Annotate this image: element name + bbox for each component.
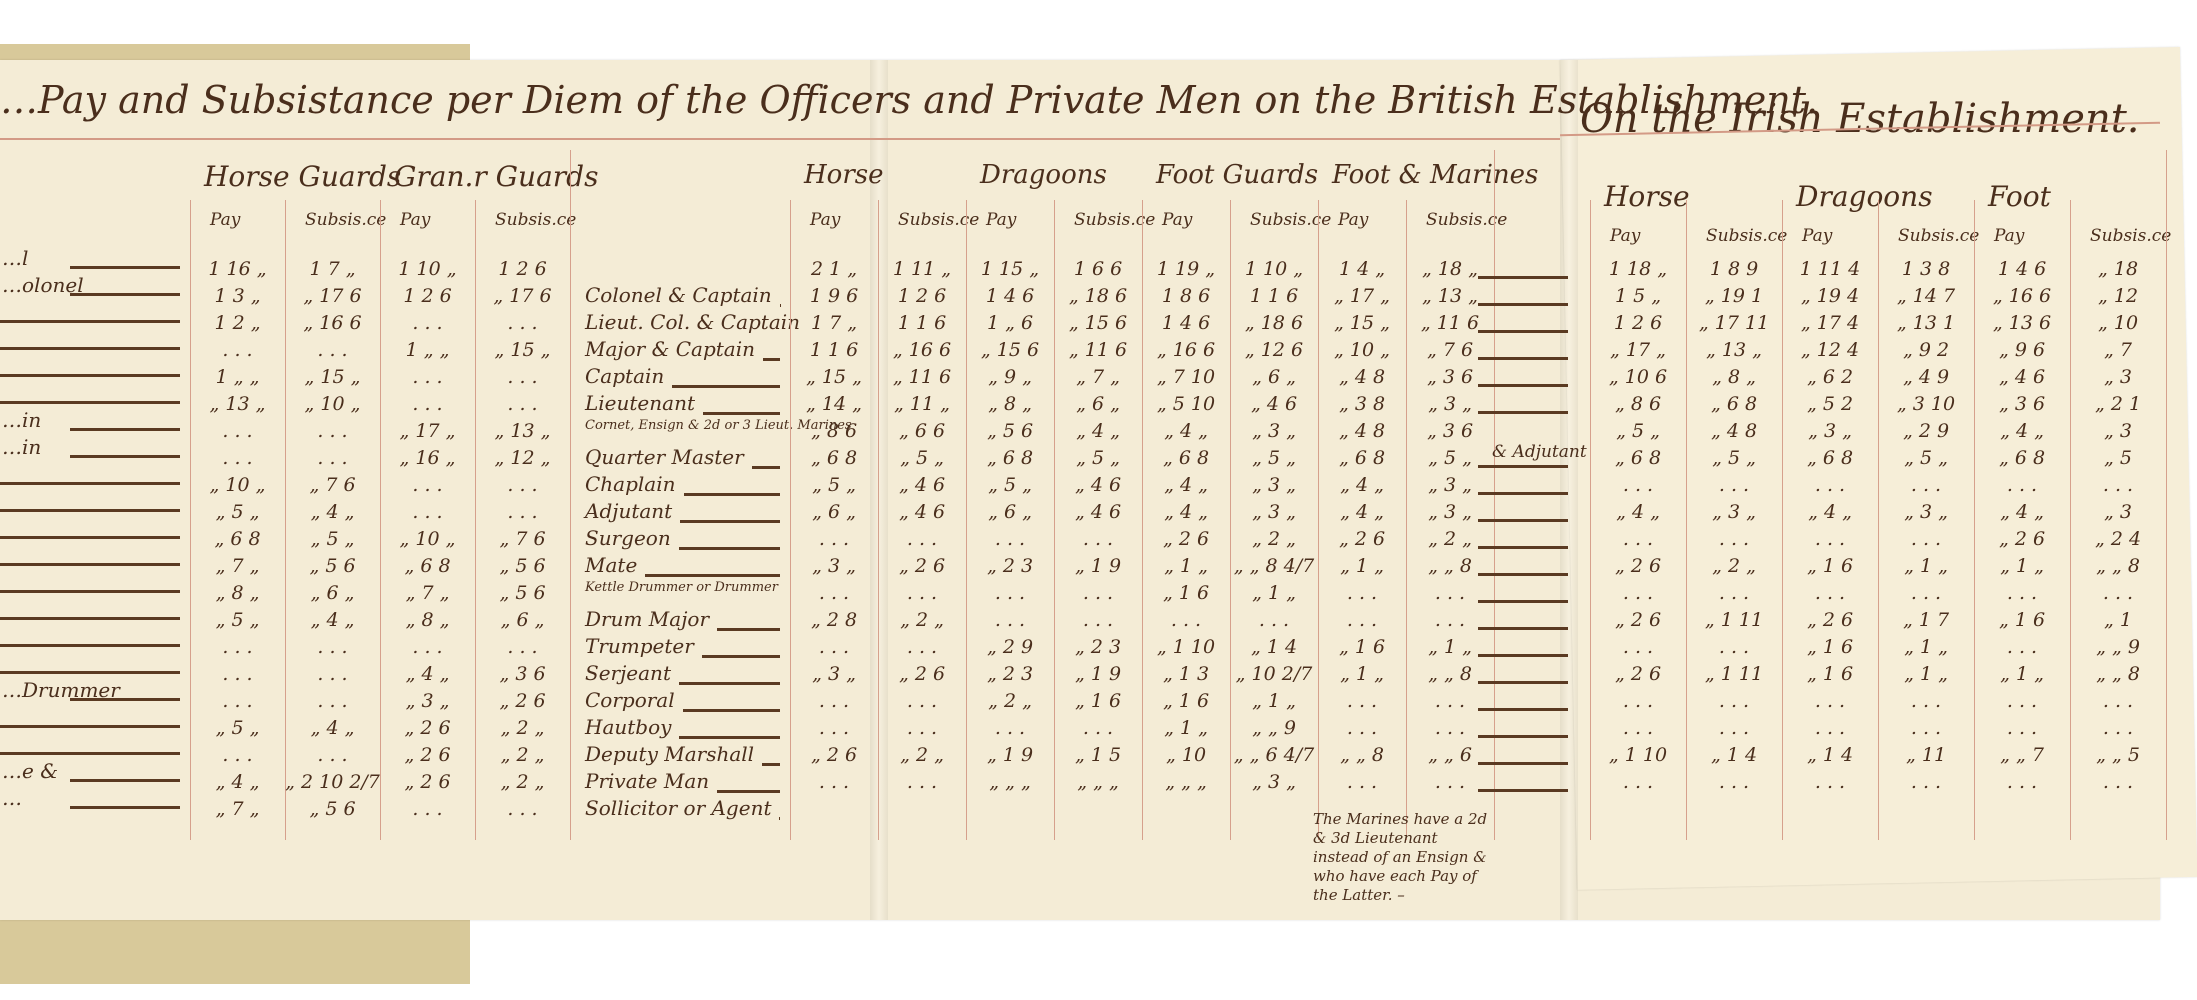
rank-label: Hautboy xyxy=(585,715,780,739)
rank-leader-line xyxy=(1478,735,1568,738)
rank-leader-line xyxy=(672,385,780,388)
ledger-cell: „ 3 „ xyxy=(380,690,475,712)
ledger-cell: „ 2 9 xyxy=(966,636,1054,658)
ledger-cell: „ 5 6 xyxy=(475,582,570,604)
rank-label: Lieut. Col. & Captain xyxy=(585,310,780,334)
rank-label: Corporal xyxy=(585,688,780,712)
ledger-cell: . . . xyxy=(1878,474,1974,496)
group-header: Foot Guards xyxy=(1156,160,1318,190)
ledger-cell: 1 7 „ xyxy=(285,258,380,280)
ledger-cell: „ 6 8 xyxy=(380,555,475,577)
rank-label-partial: …e & xyxy=(2,759,58,783)
ledger-cell: „ 5 6 xyxy=(475,555,570,577)
ledger-cell: „ 5 „ xyxy=(1878,447,1974,469)
ledger-cell: „ 1 6 xyxy=(1974,609,2070,631)
rank-leader-line xyxy=(680,520,780,523)
ledger-cell: „ 5 „ xyxy=(1686,447,1782,469)
ledger-cell: „ 10 xyxy=(2070,312,2166,334)
ledger-cell: „ 1 9 xyxy=(966,744,1054,766)
rank-leader-line xyxy=(0,725,180,728)
ledger-cell: „ 2 9 xyxy=(1878,420,1974,442)
ledger-cell: „ 2 6 xyxy=(1142,528,1230,550)
ledger-cell: „ 5 „ xyxy=(190,609,285,631)
rank-leader-line xyxy=(1478,357,1568,360)
rank-label: Deputy Marshall xyxy=(585,742,780,766)
column-subheader: Pay xyxy=(1338,210,1368,230)
ledger-cell: „ 7 6 xyxy=(285,474,380,496)
ledger-cell: „ 15 „ xyxy=(475,339,570,361)
rank-label: Colonel & Captain xyxy=(585,283,780,307)
ledger-cell: „ 7 10 xyxy=(1142,366,1230,388)
rank-text: Major & Captain xyxy=(585,337,755,361)
ledger-cell: 1 9 6 xyxy=(790,285,878,307)
rank-leader-line xyxy=(679,547,780,550)
ledger-cell: „ 1 9 xyxy=(1054,555,1142,577)
ledger-cell: . . . xyxy=(380,798,475,820)
ledger-cell: . . . xyxy=(190,636,285,658)
ledger-cell: „ 2 6 xyxy=(878,555,966,577)
rank-leader-line xyxy=(1478,654,1568,657)
ledger-cell: 1 1 6 xyxy=(790,339,878,361)
rank-leader-line xyxy=(0,401,180,404)
ledger-cell: „ 1 4 xyxy=(1230,636,1318,658)
ledger-cell: „ 1 9 xyxy=(1054,663,1142,685)
ledger-cell: „ 1 5 xyxy=(1054,744,1142,766)
ledger-cell: . . . xyxy=(1686,771,1782,793)
ledger-cell: „ 4 „ xyxy=(380,663,475,685)
ledger-cell: 1 3 8 xyxy=(1878,258,1974,280)
ledger-cell: . . . xyxy=(475,474,570,496)
rank-text: Captain xyxy=(585,364,664,388)
ledger-cell: „ 1 6 xyxy=(1054,690,1142,712)
ledger-cell: „ 17 „ xyxy=(1590,339,1686,361)
ledger-cell: „ 2 6 xyxy=(1590,663,1686,685)
ledger-cell: „ „ 9 xyxy=(2070,636,2166,658)
ledger-cell: „ 11 6 xyxy=(878,366,966,388)
ledger-cell: „ 5 „ xyxy=(1590,420,1686,442)
ledger-cell: „ 14 7 xyxy=(1878,285,1974,307)
column-subheader: Pay xyxy=(1802,226,1832,246)
ledger-cell: „ 2 6 xyxy=(878,663,966,685)
rank-text: Hautboy xyxy=(585,715,671,739)
ledger-cell: „ 1 „ xyxy=(1318,663,1406,685)
rank-leader-line xyxy=(0,563,180,566)
ledger-cell: „ 1 „ xyxy=(1878,555,1974,577)
ledger-cell: 1 „ 6 xyxy=(966,312,1054,334)
ledger-cell: „ 3 „ xyxy=(1230,420,1318,442)
ledger-cell: „ 6 8 xyxy=(1318,447,1406,469)
ledger-cell: 1 2 6 xyxy=(878,285,966,307)
ledger-cell: „ 2 6 xyxy=(380,717,475,739)
ledger-cell: „ 17 6 xyxy=(475,285,570,307)
ledger-cell: „ 11 xyxy=(1878,744,1974,766)
ledger-cell: 1 1 6 xyxy=(878,312,966,334)
ledger-cell: „ 1 „ xyxy=(1230,582,1318,604)
rank-label: Chaplain xyxy=(585,472,780,496)
ledger-cell: „ 3 xyxy=(2070,366,2166,388)
ledger-cell: . . . xyxy=(790,690,878,712)
ledger-cell: . . . xyxy=(285,663,380,685)
ledger-cell: „ 1 „ xyxy=(1974,663,2070,685)
ledger-cell: . . . xyxy=(1974,717,2070,739)
ledger-cell: „ 11 „ xyxy=(878,393,966,415)
rank-leader-line xyxy=(1478,276,1568,279)
ledger-cell: „ „ 9 xyxy=(1230,717,1318,739)
ledger-cell: . . . xyxy=(475,636,570,658)
ledger-cell: 1 10 „ xyxy=(1230,258,1318,280)
ledger-cell: . . . xyxy=(2070,771,2166,793)
ledger-cell: „ 17 „ xyxy=(1318,285,1406,307)
ledger-cell: „ 3 „ xyxy=(1686,501,1782,523)
rank-label: Drum Major xyxy=(585,607,780,631)
rank-label: Captain xyxy=(585,364,780,388)
ledger-cell: . . . xyxy=(1142,609,1230,631)
ledger-cell: 1 18 „ xyxy=(1590,258,1686,280)
ledger-cell: „ 9 6 xyxy=(1974,339,2070,361)
ledger-cell: . . . xyxy=(878,528,966,550)
ledger-cell: „ 5 „ xyxy=(190,717,285,739)
rank-text: Lieutenant xyxy=(585,391,695,415)
ledger-cell: „ 4 6 xyxy=(1054,474,1142,496)
ledger-cell: „ 1 10 xyxy=(1142,636,1230,658)
ledger-cell: „ 5 6 xyxy=(966,420,1054,442)
ledger-cell: „ 4 „ xyxy=(1142,501,1230,523)
rank-leader-line xyxy=(679,682,780,685)
rank-label: Lieutenant xyxy=(585,391,780,415)
ledger-cell: „ 2 6 xyxy=(1974,528,2070,550)
ledger-cell: 1 8 9 xyxy=(1686,258,1782,280)
ledger-cell: „ 2 „ xyxy=(966,690,1054,712)
group-header: Horse xyxy=(804,160,884,190)
rank-leader-line xyxy=(1478,627,1568,630)
ledger-cell: „ 2 „ xyxy=(475,771,570,793)
ledger-cell: „ 15 6 xyxy=(1054,312,1142,334)
ledger-cell: . . . xyxy=(285,420,380,442)
ledger-cell: . . . xyxy=(1686,528,1782,550)
ledger-cell: „ 2 1 xyxy=(2070,393,2166,415)
ledger-cell: „ 4 6 xyxy=(1054,501,1142,523)
ledger-cell: „ 1 11 xyxy=(1686,663,1782,685)
ledger-cell: „ 6 8 xyxy=(790,447,878,469)
group-header: Dragoons xyxy=(1796,180,1933,213)
group-header: Horse Guards xyxy=(204,160,401,193)
ledger-cell: „ 4 8 xyxy=(1318,366,1406,388)
ledger-cell: „ 5 „ xyxy=(878,447,966,469)
ledger-cell: „ 1 „ xyxy=(1974,555,2070,577)
ledger-cell: . . . xyxy=(1054,609,1142,631)
ledger-cell: . . . xyxy=(380,474,475,496)
ledger-cell: „ 7 „ xyxy=(190,798,285,820)
document-title: …Pay and Subsistance per Diem of the Off… xyxy=(0,78,1818,122)
rank-leader-line xyxy=(1478,708,1568,711)
ledger-cell: „ 4 „ xyxy=(190,771,285,793)
rank-leader-line xyxy=(0,752,180,755)
ledger-cell: „ 6 8 xyxy=(1686,393,1782,415)
column-subheader: Pay xyxy=(810,210,840,230)
rank-leader-line xyxy=(683,709,780,712)
column-subheader: Subsis.ce xyxy=(305,210,386,230)
ledger-cell: „ 4 6 xyxy=(1974,366,2070,388)
ledger-cell: . . . xyxy=(878,771,966,793)
ledger-cell: . . . xyxy=(475,366,570,388)
ledger-cell: „ 1 „ xyxy=(1142,717,1230,739)
ledger-cell: „ 2 „ xyxy=(878,744,966,766)
ledger-cell: . . . xyxy=(285,339,380,361)
ledger-cell: „ 7 xyxy=(2070,339,2166,361)
ledger-cell: „ 16 6 xyxy=(1974,285,2070,307)
rank-label: Surgeon xyxy=(585,526,780,550)
rank-text: Surgeon xyxy=(585,526,671,550)
rank-label: Major & Captain xyxy=(585,337,780,361)
ledger-cell: . . . xyxy=(790,771,878,793)
rank-label: Trumpeter xyxy=(585,634,780,658)
ledger-cell: „ 2 6 xyxy=(475,690,570,712)
ledger-cell: „ 15 6 xyxy=(966,339,1054,361)
ledger-cell: . . . xyxy=(1590,717,1686,739)
rank-leader-line xyxy=(0,644,180,647)
ledger-cell: „ 2 6 xyxy=(1590,609,1686,631)
rank-label: Serjeant xyxy=(585,661,780,685)
rank-text: Quarter Master xyxy=(585,445,744,469)
ledger-cell: „ 3 xyxy=(2070,501,2166,523)
ledger-cell: „ „ 8 xyxy=(2070,663,2166,685)
ledger-cell: „ 11 6 xyxy=(1054,339,1142,361)
ledger-cell: „ 18 xyxy=(2070,258,2166,280)
ledger-cell: . . . xyxy=(878,717,966,739)
ledger-cell: „ 5 6 xyxy=(285,555,380,577)
ledger-cell: „ 4 6 xyxy=(1230,393,1318,415)
ledger-cell: „ 6 „ xyxy=(1230,366,1318,388)
ledger-cell: „ 2 6 xyxy=(1318,528,1406,550)
ledger-cell: „ 12 4 xyxy=(1782,339,1878,361)
ledger-cell: . . . xyxy=(1782,474,1878,496)
ledger-cell: . . . xyxy=(380,636,475,658)
ledger-cell: . . . xyxy=(285,744,380,766)
ledger-cell: . . . xyxy=(1782,582,1878,604)
column-subheader: Pay xyxy=(986,210,1016,230)
ledger-cell: „ 5 xyxy=(2070,447,2166,469)
ledger-cell: . . . xyxy=(878,690,966,712)
ledger-cell: „ 1 6 xyxy=(1142,690,1230,712)
ledger-cell: . . . xyxy=(475,798,570,820)
irish-title: On the Irish Establishment. xyxy=(1580,96,2140,142)
rank-leader-line xyxy=(1478,573,1568,576)
ledger-cell: „ 1 6 xyxy=(1782,555,1878,577)
ledger-cell: . . . xyxy=(878,582,966,604)
ledger-cell: 1 2 6 xyxy=(475,258,570,280)
ledger-cell: „ 6 „ xyxy=(1054,393,1142,415)
ledger-cell: 1 11 „ xyxy=(878,258,966,280)
ledger-cell: . . . xyxy=(1686,582,1782,604)
column-subheader: Subsis.ce xyxy=(1250,210,1331,230)
rank-leader-line xyxy=(703,412,780,415)
rank-leader-line xyxy=(0,320,180,323)
rank-label-partial: …in xyxy=(2,408,41,432)
ledger-cell: . . . xyxy=(1782,771,1878,793)
ledger-cell: „ 6 8 xyxy=(966,447,1054,469)
ledger-cell: „ 2 „ xyxy=(878,609,966,631)
rank-leader-line xyxy=(752,466,780,469)
ruling-line xyxy=(570,150,571,840)
rank-leader-line xyxy=(70,698,180,701)
ledger-cell: . . . xyxy=(1590,690,1686,712)
ledger-cell: . . . xyxy=(1878,582,1974,604)
ledger-cell: . . . xyxy=(790,528,878,550)
ledger-cell: „ 2 „ xyxy=(1686,555,1782,577)
ledger-cell: „ 4 „ xyxy=(1782,501,1878,523)
ledger-cell: 1 2 6 xyxy=(1590,312,1686,334)
ledger-cell: . . . xyxy=(790,582,878,604)
ledger-cell: . . . xyxy=(380,501,475,523)
rank-leader-line xyxy=(0,509,180,512)
ledger-cell: . . . xyxy=(190,744,285,766)
rank-label-partial: …in xyxy=(2,435,41,459)
ledger-cell: „ 3 „ xyxy=(1230,501,1318,523)
ledger-cell: . . . xyxy=(380,366,475,388)
ledger-cell: „ 3 „ xyxy=(1878,501,1974,523)
ledger-cell: „ 8 6 xyxy=(1590,393,1686,415)
ledger-cell: „ 4 8 xyxy=(1686,420,1782,442)
ledger-cell: „ 13 6 xyxy=(1974,312,2070,334)
rank-leader-line xyxy=(1478,789,1568,792)
ledger-cell: . . . xyxy=(380,393,475,415)
ledger-cell: „ 10 „ xyxy=(285,393,380,415)
rank-text: Colonel & Captain xyxy=(585,283,772,307)
rank-leader-line xyxy=(679,736,780,739)
ledger-cell: „ 3 „ xyxy=(790,663,878,685)
ledger-cell: „ 13 1 xyxy=(1878,312,1974,334)
rank-leader-line xyxy=(0,374,180,377)
ledger-cell: . . . xyxy=(1974,582,2070,604)
rank-leader-line xyxy=(779,817,780,820)
ledger-cell: „ 1 6 xyxy=(1782,663,1878,685)
ledger-cell: „ „ „ xyxy=(1054,771,1142,793)
ledger-cell: „ 1 3 xyxy=(1142,663,1230,685)
rank-label: Sollicitor or Agent xyxy=(585,796,780,820)
ledger-cell: „ 4 „ xyxy=(1590,501,1686,523)
ledger-cell: 1 2 „ xyxy=(190,312,285,334)
ledger-cell: „ 1 „ xyxy=(1318,555,1406,577)
ledger-cell: . . . xyxy=(1054,528,1142,550)
ledger-cell: „ 7 6 xyxy=(475,528,570,550)
column-subheader: Pay xyxy=(1162,210,1192,230)
ledger-cell: „ 2 3 xyxy=(1054,636,1142,658)
ledger-cell: . . . xyxy=(190,420,285,442)
ledger-cell: 1 „ „ xyxy=(190,366,285,388)
ledger-cell: 1 4 6 xyxy=(1974,258,2070,280)
ledger-cell: „ 7 „ xyxy=(380,582,475,604)
ledger-cell: „ 18 6 xyxy=(1054,285,1142,307)
ledger-cell: . . . xyxy=(475,501,570,523)
ledger-cell: . . . xyxy=(1878,771,1974,793)
column-subheader: Pay xyxy=(400,210,430,230)
ledger-cell: „ 13 „ xyxy=(475,420,570,442)
ledger-cell: . . . xyxy=(1318,771,1406,793)
ledger-cell: „ 3 8 xyxy=(1318,393,1406,415)
rank-text: Deputy Marshall xyxy=(585,742,754,766)
ledger-cell: „ 2 4 xyxy=(2070,528,2166,550)
ledger-cell: „ 3 6 xyxy=(475,663,570,685)
ledger-cell: „ 17 11 xyxy=(1686,312,1782,334)
ledger-cell: „ 5 2 xyxy=(1782,393,1878,415)
column-subheader: Subsis.ce xyxy=(898,210,979,230)
rank-label: Kettle Drummer or Drummer xyxy=(585,580,780,595)
ledger-cell: „ 2 3 xyxy=(966,663,1054,685)
ledger-cell: „ 6 8 xyxy=(1590,447,1686,469)
rank-leader-line xyxy=(70,428,180,431)
ledger-cell: „ 6 „ xyxy=(790,501,878,523)
ledger-cell: 1 „ „ xyxy=(380,339,475,361)
ledger-cell: „ 15 „ xyxy=(1318,312,1406,334)
column-subheader: Pay xyxy=(1994,226,2024,246)
ledger-cell: . . . xyxy=(190,339,285,361)
ledger-cell: „ 6 8 xyxy=(1782,447,1878,469)
ledger-cell: . . . xyxy=(285,690,380,712)
ledger-cell: . . . xyxy=(190,447,285,469)
column-subheader: Pay xyxy=(1610,226,1640,246)
ledger-cell: „ 2 6 xyxy=(1590,555,1686,577)
ledger-cell: „ 2 10 2/7 xyxy=(285,771,380,793)
ledger-cell: . . . xyxy=(1878,528,1974,550)
ledger-cell: „ 19 4 xyxy=(1782,285,1878,307)
rank-leader-line xyxy=(1478,384,1568,387)
ledger-cell: . . . xyxy=(2070,717,2166,739)
ledger-cell: „ 17 6 xyxy=(285,285,380,307)
ledger-cell: „ 6 „ xyxy=(475,609,570,631)
ledger-cell: „ 1 „ xyxy=(1878,663,1974,685)
ledger-cell: 1 3 „ xyxy=(190,285,285,307)
ledger-cell: „ 4 8 xyxy=(1318,420,1406,442)
ledger-cell: „ 8 „ xyxy=(380,609,475,631)
ledger-cell: „ 1 6 xyxy=(1318,636,1406,658)
ledger-cell: „ 9 2 xyxy=(1878,339,1974,361)
ledger-cell: „ 6 „ xyxy=(285,582,380,604)
ledger-cell: „ 7 „ xyxy=(190,555,285,577)
rank-label: Mate xyxy=(585,553,780,577)
ledger-cell: „ 8 „ xyxy=(1686,366,1782,388)
rank-leader-line xyxy=(0,536,180,539)
ledger-cell: „ 4 „ xyxy=(1974,501,2070,523)
rank-leader-line xyxy=(1478,681,1568,684)
ledger-cell: „ 5 „ xyxy=(1230,447,1318,469)
header-rule xyxy=(0,138,1560,140)
rank-leader-line xyxy=(70,455,180,458)
ledger-cell: 1 7 „ xyxy=(790,312,878,334)
ledger-cell: „ 5 „ xyxy=(1054,447,1142,469)
ledger-cell: „ 16 6 xyxy=(1142,339,1230,361)
ledger-cell: „ 3 „ xyxy=(1782,420,1878,442)
ledger-cell: . . . xyxy=(285,447,380,469)
ledger-cell: „ 7 „ xyxy=(1054,366,1142,388)
ledger-cell: „ 3 6 xyxy=(1406,420,1494,442)
rank-text: Drum Major xyxy=(585,607,709,631)
ledger-cell: „ 4 6 xyxy=(878,474,966,496)
ledger-cell: 1 4 6 xyxy=(1142,312,1230,334)
ledger-cell: 1 11 4 xyxy=(1782,258,1878,280)
rank-text: Mate xyxy=(585,553,637,577)
ledger-cell: „ 12 xyxy=(2070,285,2166,307)
ledger-cell: „ 14 „ xyxy=(790,393,878,415)
ledger-cell: „ 3 „ xyxy=(1230,474,1318,496)
ledger-cell: 1 10 „ xyxy=(380,258,475,280)
rank-leader-line xyxy=(763,358,780,361)
rank-leader-line xyxy=(1478,762,1568,765)
ledger-cell: „ 6 „ xyxy=(966,501,1054,523)
ledger-cell: . . . xyxy=(475,393,570,415)
ledger-cell: „ 3 10 xyxy=(1878,393,1974,415)
rank-leader-line xyxy=(645,574,780,577)
ledger-cell: „ 8 „ xyxy=(190,582,285,604)
